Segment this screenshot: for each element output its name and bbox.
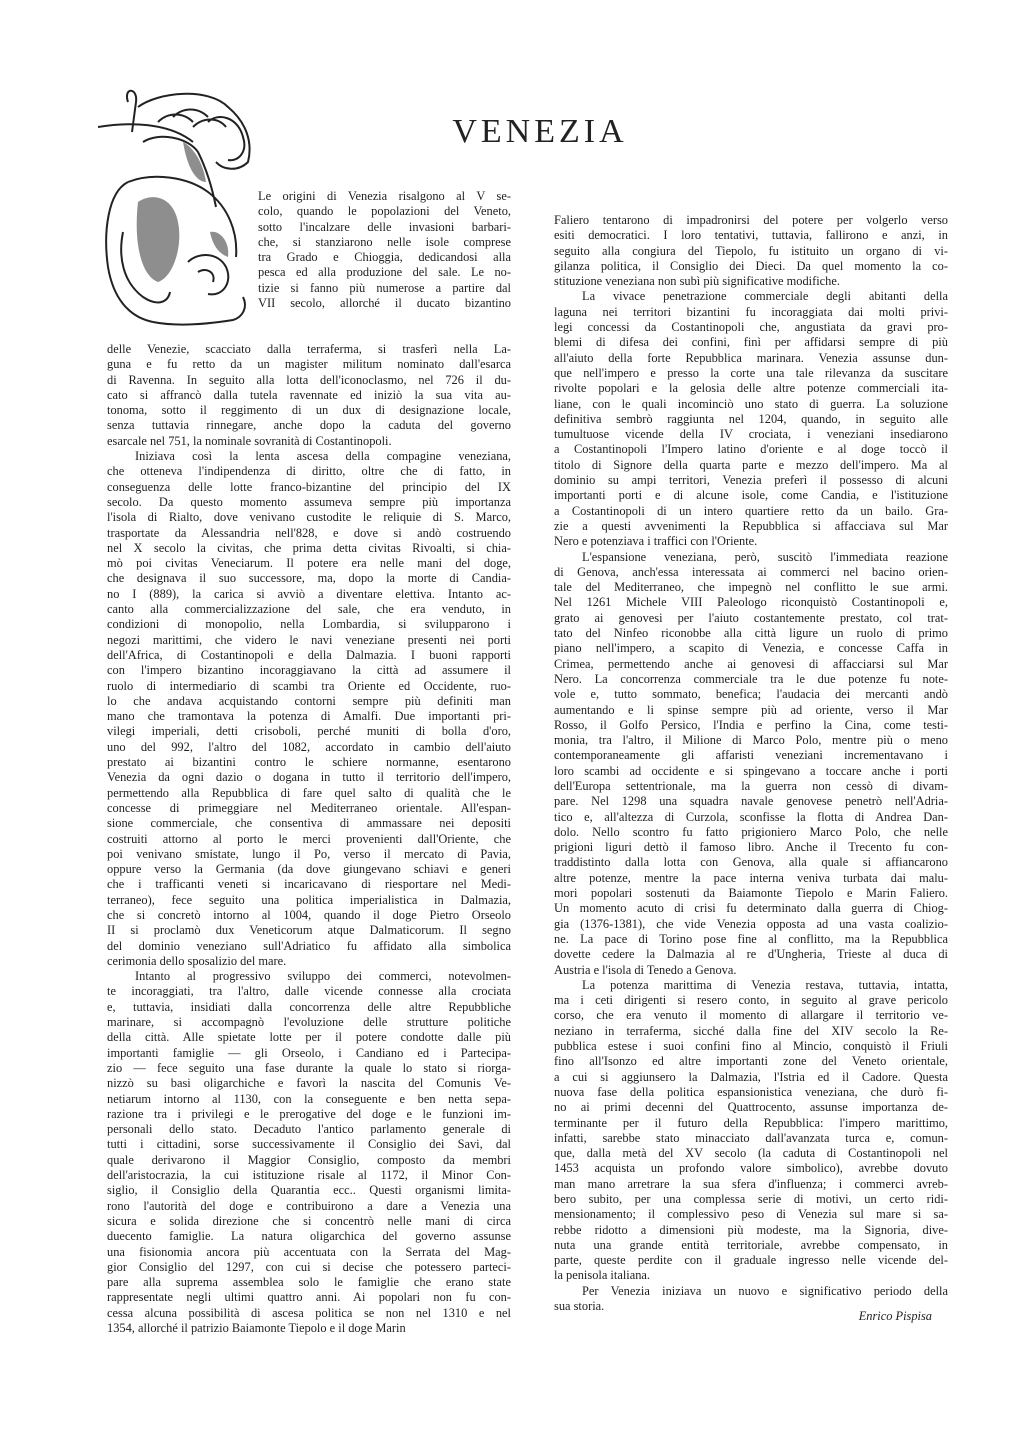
text-line: legi concessi da Costantinopoli che, ang… [554,320,948,335]
text-line: zio — fece seguito una fase durante la q… [107,1061,511,1076]
text-line: vole e, tutto sommato, benefica; l'audac… [554,687,948,702]
text-line: mano che tramontava la potenza di Amalfi… [107,709,511,724]
text-line: grato ai genovesi per l'aiuto costanteme… [554,611,948,626]
text-line: VII secolo, allorché il ducato bizantino [258,296,511,311]
text-line: rono l'autorità del doge e contribuirono… [107,1199,511,1214]
text-line: che, si stanziarono nelle isole comprese [258,235,511,250]
text-line: condizioni di monopolio, nella Lombardia… [107,617,511,632]
winged-lion-icon [98,82,258,332]
text-line: fino all'Isonzo ed altre importanti zone… [554,1054,948,1069]
text-line: una fisionomia ancora più accentuata con… [107,1245,511,1260]
text-line: l'isola di Rialto, dove venivano custodi… [107,510,511,525]
text-line: mori popolari sostenuti da Baiamonte Tie… [554,886,948,901]
text-line: senza tuttavia rinnegare, anche dopo la … [107,418,511,433]
text-line: La potenza marittima di Venezia restava,… [554,978,948,993]
text-line: L'espansione veneziana, però, suscitò l'… [554,550,948,565]
text-line: di Genova, anch'essa interessata ai comm… [554,565,948,580]
text-line: Nel 1261 Michele VIII Paleologo riconqui… [554,595,948,610]
text-line: no I (889), la carica si avviò a diventa… [107,587,511,602]
text-line: tonoma, sotto il reggimento di un dux di… [107,403,511,418]
text-line: Un momento acuto di crisi fu determinato… [554,901,948,916]
text-line: secolo. Da questo momento assumeva sempr… [107,495,511,510]
text-line: La vivace penetrazione commerciale degli… [554,289,948,304]
intro-paragraph: Le origini di Venezia risalgono al V se-… [258,189,511,311]
text-line: che otteneva l'indipendenza di diritto, … [107,464,511,479]
text-line: rebbe ridotto a dimensioni più modeste, … [554,1223,948,1238]
text-line: pare alla suprema assemblea solo le fami… [107,1275,511,1290]
text-line: trasportate da Alessandria nell'828, e d… [107,526,511,541]
text-line: a Costantinopoli di un intero quartiere … [554,504,948,519]
text-line: cerimonia dello sposalizio del mare. [107,954,511,969]
text-line: delle Venezie, scacciato dalla terraferm… [107,342,511,357]
text-line: sotto l'incalzare delle invasioni barbar… [258,220,511,235]
text-line: liane, con le quali incominciò uno stato… [554,397,948,412]
text-line: monia, tra l'altro, il Milione di Marco … [554,733,948,748]
text-line: all'aiuto della forte Repubblica marinar… [554,351,948,366]
text-line: gilanza politica, il Consiglio dei Dieci… [554,259,948,274]
text-line: costruiti attorno al porto le merci prov… [107,832,511,847]
text-line: con l'impero bizantino incoraggiavano la… [107,663,511,678]
text-line: que nell'impero e presso la corte una ta… [554,366,948,381]
text-line: nuova fase della politica espansionistic… [554,1085,948,1100]
text-line: esarcale nel 751, la nominale sovranità … [107,434,511,449]
text-line: Le origini di Venezia risalgono al V se- [258,189,511,204]
text-line: infatti, sarebbe stato minacciato dall'a… [554,1131,948,1146]
text-line: dovette cedere la Dalmazia al re d'Unghe… [554,947,948,962]
text-line: terminante per il futuro della Repubblic… [554,1116,948,1131]
text-line: ma i ceti dirigenti si resero conto, in … [554,993,948,1008]
text-line: prigioni liguri dettò il famoso libro. A… [554,840,948,855]
text-line: canto alla commercializzazione del sale,… [107,602,511,617]
text-line: nuta una grande entità territoriale, avr… [554,1238,948,1253]
text-line: piano nell'impero, a scapito di Venezia,… [554,641,948,656]
text-line: gior Consiglio del 1297, con cui si deci… [107,1260,511,1275]
text-line: Nero. La concorrenza commerciale tra le … [554,672,948,687]
text-line: Crimea, permettendo anche ai genovesi di… [554,657,948,672]
text-line: importanti famiglie — gli Orseolo, i Can… [107,1046,511,1061]
text-line: definitiva sembrò raggiunta nel 1204, qu… [554,412,948,427]
text-line: esiti democratici. I loro tentativi, tut… [554,228,948,243]
text-line: Austria e l'isola di Tenedo a Genova. [554,963,948,978]
text-line: a Costantinopoli l'Impero latino d'orien… [554,442,948,457]
text-line: corso, che era venuto il momento di alla… [554,1008,948,1023]
text-line: tutti i cittadini, sorse successivamente… [107,1137,511,1152]
text-line: quale derivarono il Maggior Consiglio, c… [107,1153,511,1168]
page-title: VENEZIA [440,113,640,151]
text-line: cessa alcuna possibilità di ascesa polit… [107,1306,511,1321]
text-line: dell'Africa, di Costantinopoli e della D… [107,648,511,663]
text-line: cato si affrancò dalla tutela ravennate … [107,388,511,403]
text-line: sicura e solida direzione che si concent… [107,1214,511,1229]
text-line: dell'aristocrazia, la cui istituzione ri… [107,1168,511,1183]
text-line: Intanto al progressivo sviluppo dei comm… [107,969,511,984]
text-line: netiarum intorno al 1130, con la consegu… [107,1092,511,1107]
text-line: rappresentate negli ultimi quattro anni.… [107,1290,511,1305]
text-line: tico e, all'altezza di Curzola, sconfiss… [554,810,948,825]
text-line: sione commerciale, che consentiva di amm… [107,816,511,831]
text-line: oppure verso la Germania (da dove giunge… [107,862,511,877]
text-line: che designava il suo successore, ma, dop… [107,571,511,586]
text-line: blemi di difesa dei confini, finì per af… [554,335,948,350]
text-line: colo, quando le popolazioni del Veneto, [258,204,511,219]
text-line: guna e fu retto da un magister militum n… [107,357,511,372]
text-line: Faliero tentarono di impadronirsi del po… [554,213,948,228]
text-line: vilegi imperiali, detti crisoboli, perch… [107,724,511,739]
text-line: contemporaneamente gli affaristi venezia… [554,748,948,763]
text-line: negozi marittimi, che videro le navi ven… [107,633,511,648]
text-line: pare. Nel 1298 una squadra navale genove… [554,794,948,809]
text-line: mò poi civitas Veneciarum. Il potere era… [107,556,511,571]
document-page: VENEZIA Le origini di Venezia risalgono … [0,0,1027,1440]
text-line: man mano arretrare la sua sfera d'influe… [554,1177,948,1192]
text-line: seguito alla congiura del Tiepolo, fu is… [554,244,948,259]
text-line: Venezia da ogni dazio o dogana in tutto … [107,770,511,785]
text-line: mensionamento; il complessivo peso di Ve… [554,1207,948,1222]
text-line: 1453 acquista un profondo valore simboli… [554,1161,948,1176]
text-line: della città. Alle spietate lotte per il … [107,1030,511,1045]
text-line: dominio su ampi territori, Venezia prefe… [554,473,948,488]
text-line: di Ravenna. In seguito alla lotta dell'i… [107,373,511,388]
text-line: che si concretò intorno al 1004, quando … [107,908,511,923]
text-line: concesse di primeggiare nel Mediterraneo… [107,801,511,816]
text-line: a cui si aggiunsero la Dalmazia, l'Istri… [554,1070,948,1085]
text-line: dell'Europa settentrionale, ma la guerra… [554,779,948,794]
text-line: parte, queste perdite con il graduale in… [554,1253,948,1268]
text-line: uno del 992, l'altro del 1082, accordato… [107,740,511,755]
text-line: 1354, allorché il patrizio Baiamonte Tie… [107,1321,511,1336]
text-line: II si proclamò dux Veneticorum atque Dal… [107,923,511,938]
text-line: no ai primi decenni del Quattrocento, as… [554,1100,948,1115]
text-line: nizzò su basi oligarchiche e favorì la n… [107,1076,511,1091]
text-line: importanti porti e di alcune isole, come… [554,488,948,503]
text-line: che i trafficanti veneti si incaricavano… [107,877,511,892]
text-line: laguna nei territori bizantini fu incora… [554,305,948,320]
text-line: Per Venezia iniziava un nuovo e signific… [554,1284,948,1299]
text-line: tra Grado e Chioggia, dedicandosi alla [258,250,511,265]
text-line: pubblica estese i suoi confini fino al M… [554,1039,948,1054]
text-line: permettendo alla Repubblica di fare quel… [107,786,511,801]
text-line: poi venivano smistate, lungo il Po, vers… [107,847,511,862]
text-line: conseguenza delle lotte franco-bizantine… [107,480,511,495]
text-line: ruolo di intermediario di scambi tra Ori… [107,679,511,694]
text-line: siglio, il Consiglio della Quarantia ecc… [107,1183,511,1198]
text-line: tizie si fanno più numerose a partire da… [258,281,511,296]
text-line: duecento famiglie. La natura oligarchica… [107,1229,511,1244]
author-signature: Enrico Pispisa [812,1309,932,1324]
text-line: lo che andava acquistando contorni sempr… [107,694,511,709]
text-line: prestato ai bizantini contro le schiere … [107,755,511,770]
text-line: tato del Ninfeo riconobbe alla città lig… [554,626,948,641]
text-line: pesca ed alla produzione del sale. Le no… [258,265,511,280]
text-line: tale del Mediterraneo, che impegnò nel c… [554,580,948,595]
text-line: Rosso, il Golfo Persico, l'India e perfi… [554,718,948,733]
text-line: loro scambi ad occidente e si spingevano… [554,764,948,779]
text-line: zie a questi avvenimenti la Repubblica s… [554,519,948,534]
text-line: te incoraggiati, tra l'altro, dalle vice… [107,984,511,999]
text-line: marinare, si accompagnò l'evoluzione del… [107,1015,511,1030]
text-line: bero subito, per una complessa serie di … [554,1192,948,1207]
text-line: personali dello stato. Decaduto l'antico… [107,1122,511,1137]
text-line: del dominio veneziano sull'Adriatico fu … [107,939,511,954]
text-line: aumentando e li spinse sempre più ad ori… [554,703,948,718]
text-line: gia (1376-1381), che vide Venezia oppost… [554,917,948,932]
left-column: delle Venezie, scacciato dalla terraferm… [107,342,511,1336]
text-line: titolo di Signore della quarta parte e m… [554,458,948,473]
text-line: e, tuttavia, insidiati dalla concorrenza… [107,1000,511,1015]
text-line: rivolte popolari e la gelosia delle altr… [554,381,948,396]
text-line: Nero e potenziava i traffici con l'Orien… [554,534,948,549]
text-line: terraneo), fece seguito una politica imp… [107,893,511,908]
text-line: nel X secolo la civitas, che prima detta… [107,541,511,556]
text-line: Iniziava così la lenta ascesa della comp… [107,449,511,464]
text-line: razione tra i privilegi e le prerogative… [107,1107,511,1122]
text-line: que, dalla metà del XV secolo (la caduta… [554,1146,948,1161]
text-line: stituzione veneziana non subì più signif… [554,274,948,289]
text-line: altre potenze, mentre la pace interna ve… [554,871,948,886]
text-line: dolo. Nello scontro fu fatto prigioniero… [554,825,948,840]
text-line: ne. La pace di Torino pose fine al confl… [554,932,948,947]
text-line: la penisola italiana. [554,1268,948,1283]
text-line: neziano in terraferma, sicché dalla fine… [554,1024,948,1039]
text-line: traddistinto dalla lotta con Genova, all… [554,855,948,870]
right-column: Faliero tentarono di impadronirsi del po… [554,213,948,1314]
text-line: tumultuose vicende della IV crociata, i … [554,427,948,442]
